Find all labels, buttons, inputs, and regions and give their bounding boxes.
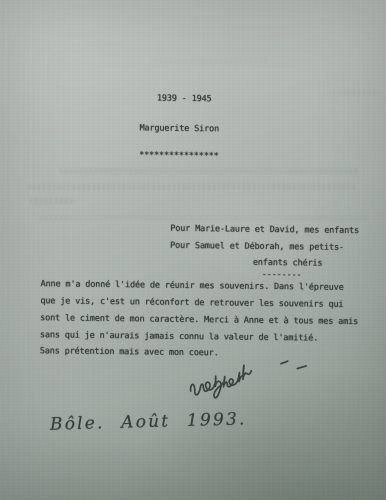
signature-trailing-dash	[297, 366, 306, 369]
signature-handwriting	[185, 353, 312, 408]
title-years: 1939 - 1945	[157, 94, 212, 105]
body-line-5: Sans prétention mais avec mon coeur.	[40, 346, 219, 358]
dedication-line-3: enfants chéris	[253, 258, 323, 269]
photographed-typewritten-page: 1939 - 1945 Marguerite Siron ***********…	[0, 0, 386, 500]
body-line-3: sont le ciment de mon caractère. Merci à…	[40, 313, 358, 327]
dedication-line-1: Pour Marie-Laure et David, mes enfants	[170, 224, 359, 236]
signature-stroke	[189, 365, 253, 400]
signature-t-crossbar	[281, 361, 288, 363]
author-name: Marguerite Siron	[139, 123, 219, 134]
body-line-2: que je vis, c'est un réconfort de retrou…	[40, 296, 343, 310]
body-line-1: Anne m'a donné l'idée de réunir mes souv…	[41, 279, 344, 293]
dashes-separator: --------	[262, 270, 302, 280]
dedication-line-2: Pour Samuel et Déborah, mes petits-	[170, 241, 344, 253]
stars-separator: ****************	[139, 150, 219, 161]
body-line-4: sans qui je n'aurais jamais connu la val…	[40, 330, 318, 343]
